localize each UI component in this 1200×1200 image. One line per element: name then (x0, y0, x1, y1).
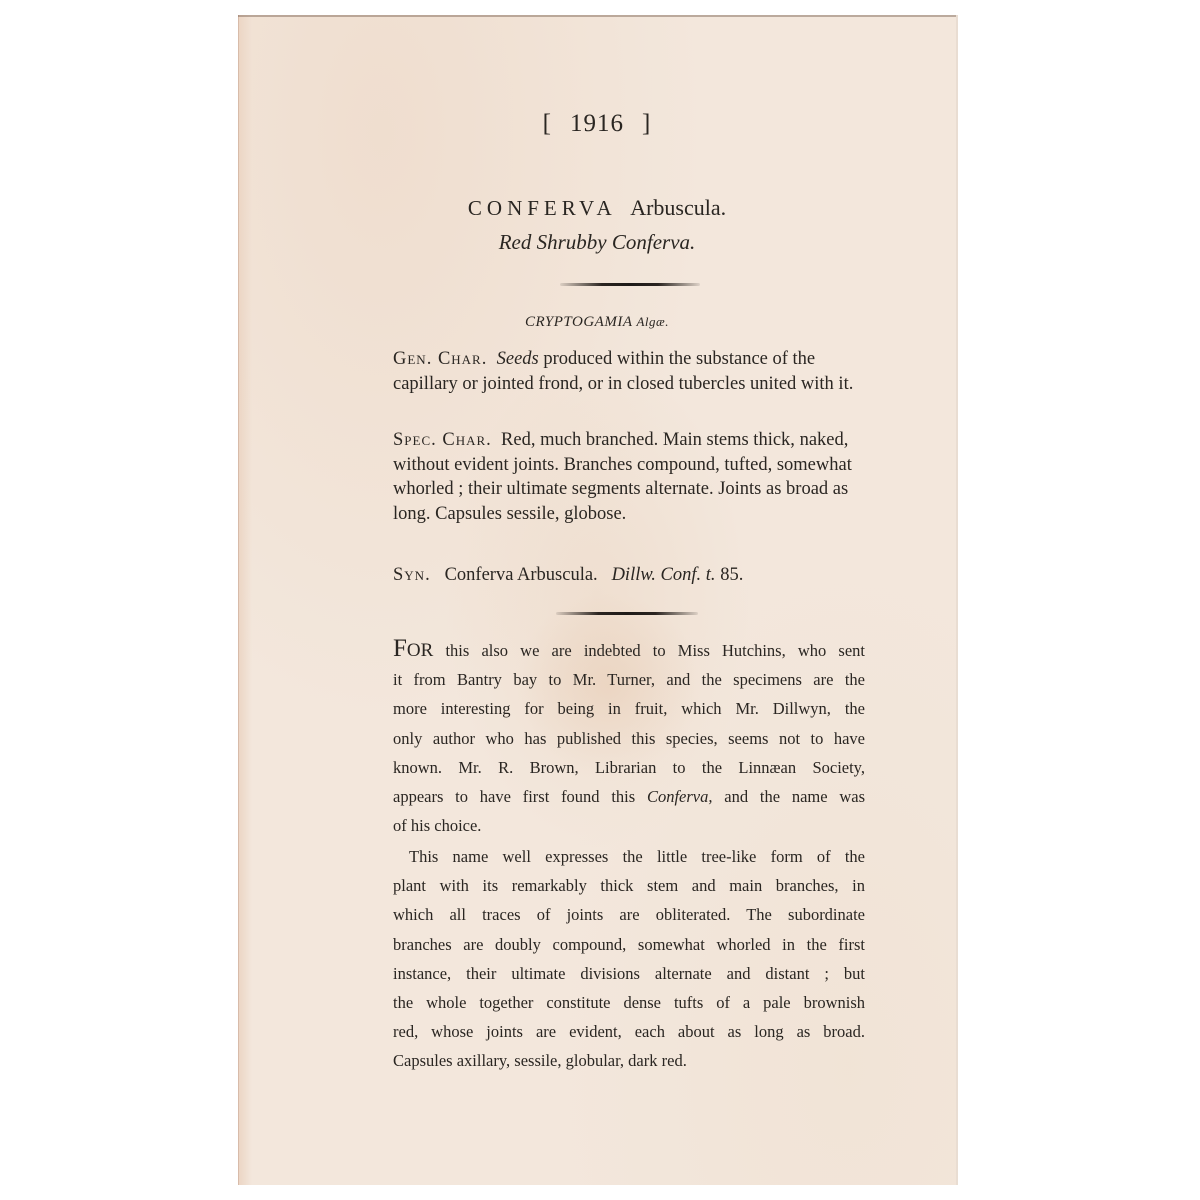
genus-italic: Conferva, (647, 787, 713, 806)
classification: CRYPTOGAMIA Algæ. (238, 314, 956, 331)
paragraph-line-text: appears to have first found this (393, 787, 635, 806)
bracket-close: ] (624, 110, 669, 137)
page-number-value: 1916 (570, 110, 624, 137)
spec-char-line: Red, much branched. Main stems thick, (501, 430, 795, 450)
common-name: Red Shrubby Conferva. (238, 230, 956, 255)
paragraph-line: FOR this also we are indebted to Miss Hu… (393, 634, 865, 665)
gen-char-lead: Seeds (497, 349, 539, 369)
specific-character: Spec. Char. Red, much branched. Main ste… (393, 428, 868, 526)
order-name: Algæ. (636, 314, 668, 329)
paragraph-line: which all traces of joints are obliterat… (393, 900, 865, 929)
drop-cap: F (393, 635, 407, 662)
paragraph-line: instance, their ultimate divisions alter… (393, 959, 865, 988)
syn-label: Syn. (393, 565, 431, 585)
genus-name: CONFERVA (468, 196, 617, 220)
spec-char-label: Spec. Char. (393, 430, 492, 450)
species-name: Arbuscula. (630, 195, 726, 220)
paragraph-line: appears to have first found this Conferv… (393, 782, 865, 811)
image-canvas: [1916] CONFERVA Arbuscula. Red Shrubby C… (0, 0, 1200, 1200)
bracket-open: [ (525, 110, 570, 137)
synonymy: Syn. Conferva Arbuscula. Dillw. Conf. t.… (393, 563, 868, 588)
ornamental-rule-bottom (556, 612, 698, 615)
spec-char-line: globose. (564, 504, 626, 524)
class-name: CRYPTOGAMIA (525, 314, 632, 330)
syn-text: Conferva Arbuscula. (445, 565, 598, 585)
paragraph-1: FOR this also we are indebted to Miss Hu… (393, 634, 865, 840)
ornamental-rule-top (560, 283, 700, 286)
paragraph-line: known. Mr. R. Brown, Librarian to the Li… (393, 753, 865, 782)
syn-reference: Dillw. Conf. t. (612, 565, 716, 585)
paragraph-line: of his choice. (393, 811, 865, 840)
paragraph-2: This name well expresses the little tree… (393, 842, 865, 1076)
paragraph-line: This name well expresses the little tree… (393, 842, 865, 871)
paragraph-line: the whole together constitute dense tuft… (393, 988, 865, 1017)
paragraph-line: branches are doubly compound, somewhat w… (393, 930, 865, 959)
gen-char-label: Gen. Char. (393, 349, 487, 369)
paragraph-line: Capsules axillary, sessile, globular, da… (393, 1046, 865, 1075)
paragraph-line: more interesting for being in fruit, whi… (393, 694, 865, 723)
paragraph-line: plant with its remarkably thick stem and… (393, 871, 865, 900)
paragraph-line: red, whose joints are evident, each abou… (393, 1017, 865, 1046)
paragraph-line-text: and the name was (724, 787, 865, 806)
syn-reference-number: 85. (720, 565, 743, 585)
gen-char-line: produced within the substance of (543, 349, 788, 369)
species-title: CONFERVA Arbuscula. (238, 195, 956, 221)
gen-char-line: united with it. (750, 374, 853, 394)
paragraph-line: it from Bantry bay to Mr. Turner, and th… (393, 665, 865, 694)
generic-character: Gen. Char. Seeds produced within the sub… (393, 347, 868, 396)
paragraph-line-text: this also we are indebted to Miss Hutchi… (445, 641, 865, 660)
drop-cap-rest: OR (407, 640, 433, 661)
page-number: [1916] (238, 110, 956, 138)
paragraph-line: only author who has published this speci… (393, 724, 865, 753)
book-page: [1916] CONFERVA Arbuscula. Red Shrubby C… (238, 15, 958, 1185)
